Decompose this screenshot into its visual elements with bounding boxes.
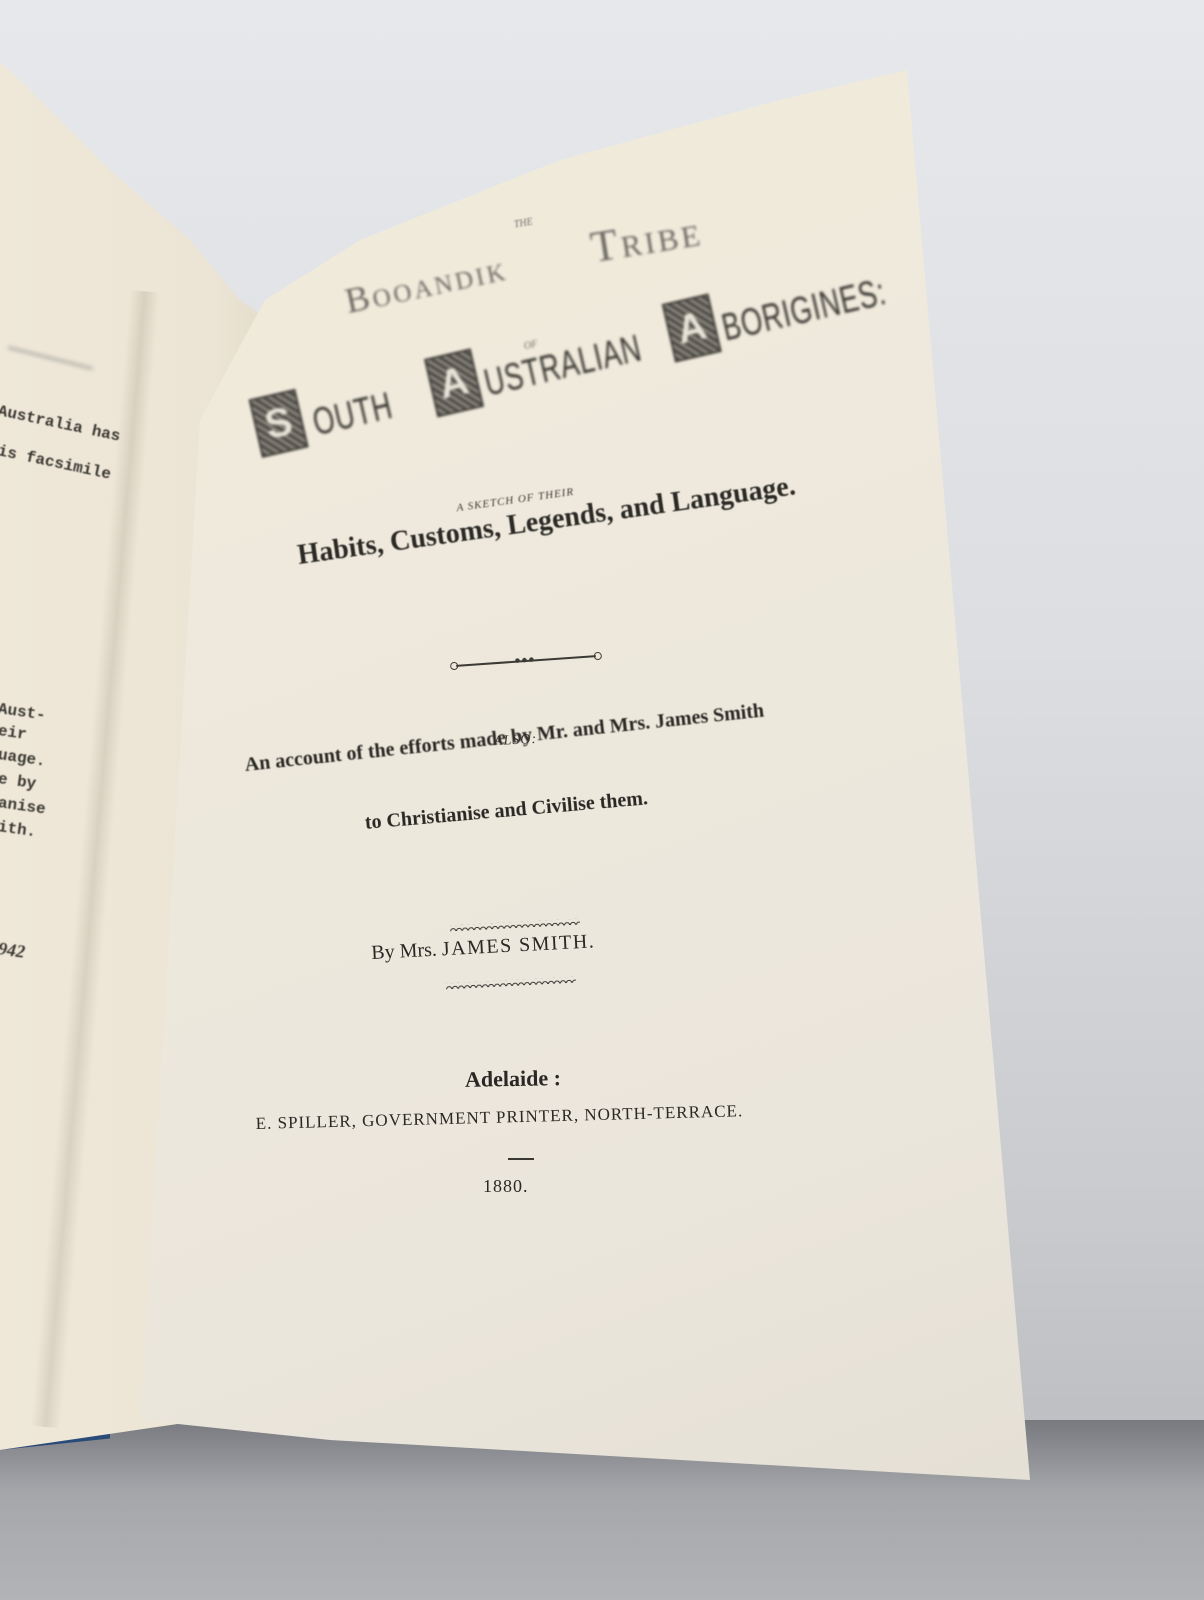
byline-prefix: By Mrs. bbox=[371, 939, 438, 964]
ornate-initial-a-aborigines: A bbox=[662, 293, 722, 362]
book-photo-scene: ▁▁▁▁▁▁▁▁▁ Australia has is facsimile Aus… bbox=[0, 0, 1204, 1600]
left-page-block-line-2: eir bbox=[0, 722, 28, 744]
short-rule bbox=[508, 1158, 534, 1160]
imprint-year: 1880. bbox=[483, 1176, 529, 1197]
ornate-initial-a-australian: A bbox=[424, 348, 484, 417]
left-page-year-fragment: 942 bbox=[0, 938, 26, 963]
imprint-place: Adelaide : bbox=[465, 1065, 561, 1093]
